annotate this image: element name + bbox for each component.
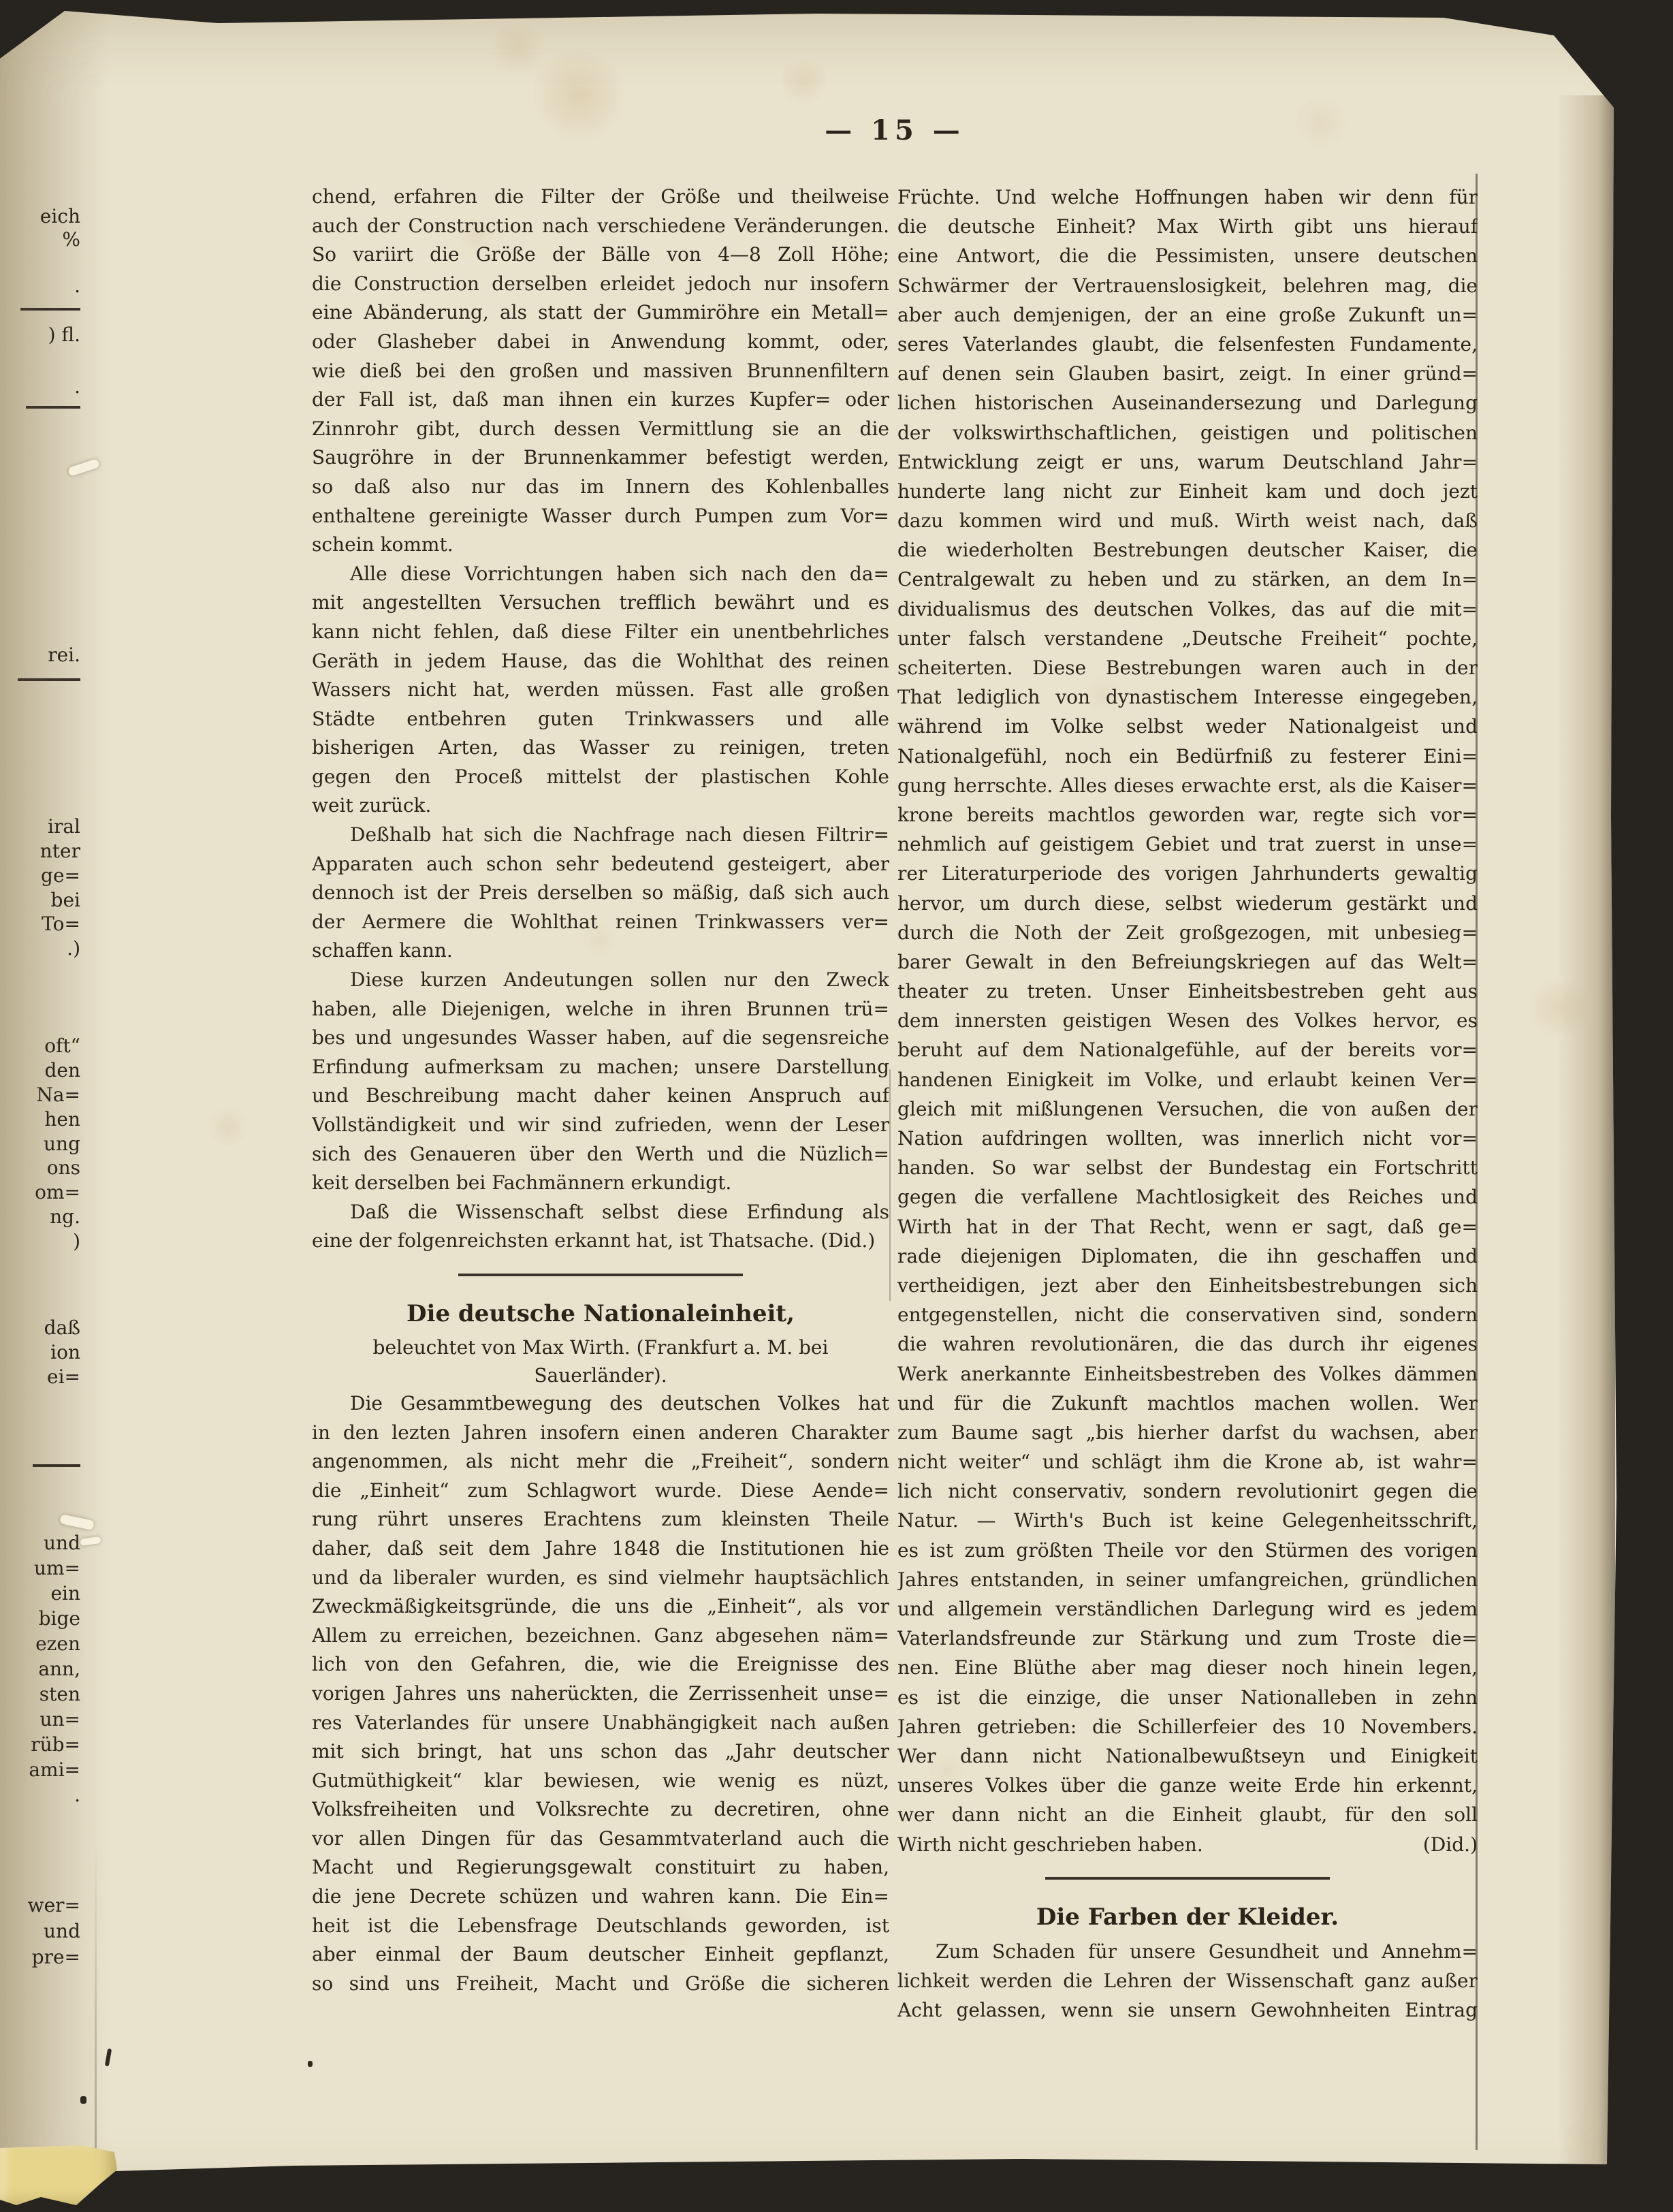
text-line: daher, daß seit dem Jahre 1848 die Insti…: [312, 1534, 889, 1564]
text-line: die wiederholten Bestrebungen deutscher …: [897, 535, 1478, 565]
margin-text-fragment: ons: [0, 1156, 80, 1180]
text-line: Zum Schaden für unsere Gesundheit und An…: [897, 1937, 1478, 1966]
text-line: Zinnrohr gibt, durch dessen Vermittlung …: [312, 415, 889, 444]
text-line: der Fall ist, daß man ihnen ein kurzes K…: [312, 385, 889, 415]
text-line: so daß also nur das im Innern des Kohlen…: [312, 473, 889, 502]
text-line: Diese kurzen Andeutungen sollen nur den …: [312, 966, 889, 995]
text-line: Wer dann nicht Nationalbewußtseyn und Ei…: [897, 1741, 1478, 1771]
text-line: in den lezten Jahren insofern einen ande…: [312, 1419, 889, 1448]
article-subtitle-line: beleuchtet von Max Wirth. (Frankfurt a. …: [312, 1333, 889, 1361]
text-line: gegen den Proceß mittelst der plastische…: [312, 763, 889, 792]
text-line: rade diejenigen Diplomaten, die ihn gesc…: [897, 1242, 1478, 1271]
margin-text-fragment: oft“: [0, 1034, 80, 1058]
text-line: oder Glasheber dabei in Anwendung kommt,…: [312, 328, 889, 357]
text-line: weit zurück.: [312, 791, 889, 821]
text-line: beruht auf dem Nationalgefühle, auf der …: [897, 1035, 1478, 1064]
age-spot: [779, 57, 828, 106]
text-line: Schwärmer der Vertrauenslosigkeit, beleh…: [897, 271, 1478, 300]
text-line: So variirt die Größe der Bälle von 4—8 Z…: [312, 240, 889, 270]
margin-text-fragment: un=: [0, 1707, 80, 1732]
text-line: die „Einheit“ zum Schlagwort wurde. Dies…: [312, 1476, 889, 1506]
margin-text-fragment: om=: [0, 1180, 80, 1205]
right-text-column: Früchte. Und welche Hoffnungen haben wir…: [897, 183, 1478, 2025]
fold-crease: [95, 1839, 97, 2167]
text-line: res Vaterlandes für unsere Unabhängigkei…: [312, 1709, 889, 1738]
separator-row: [897, 1859, 1478, 1897]
text-line: die jene Decrete schüzen und wahren kann…: [312, 1882, 889, 1912]
text-line: so sind uns Freiheit, Macht und Größe di…: [312, 1970, 889, 1999]
page-edge-shadow: [1558, 95, 1615, 2166]
page-paper: — 15 — eich%.) fl..rei.iralnterge=beiTo=…: [0, 0, 1673, 2212]
text-line: Vaterlandsfreunde zur Stärkung und zum T…: [897, 1624, 1478, 1653]
text-line: Saugröhre in der Brunnenkammer befestigt…: [312, 443, 889, 473]
article-title: Die deutsche Nationaleinheit,: [312, 1294, 889, 1333]
text-line: theater zu treten. Unser Einheitsbestreb…: [897, 977, 1478, 1006]
margin-text-fragment: und: [0, 1531, 80, 1555]
text-line: Volksfreiheiten und Volksrechte zu decre…: [312, 1795, 889, 1824]
margin-rule-fragment: [18, 678, 80, 681]
margin-text-fragment: wer=: [0, 1893, 80, 1918]
text-line: nehmlich auf geistigem Gebiet und trat z…: [897, 829, 1478, 859]
text-line: die deutsche Einheit? Max Wirth gibt uns…: [897, 212, 1478, 241]
margin-text-fragment: rüb=: [0, 1733, 80, 1757]
margin-text-fragment: ein: [0, 1581, 80, 1606]
text-line: Zweckmäßigkeitsgründe, die uns die „Einh…: [312, 1592, 889, 1622]
text-line: Deßhalb hat sich die Nachfrage nach dies…: [312, 821, 889, 850]
text-line: bes und ungesundes Wasser haben, auf die…: [312, 1024, 889, 1053]
page-number: — 15 —: [312, 114, 1478, 146]
margin-text-fragment: iral: [0, 815, 80, 839]
text-line: auch der Construction nach verschiedene …: [312, 212, 889, 241]
text-line: keit derselben bei Fachmännern erkundigt…: [312, 1169, 889, 1198]
text-line: Natur. — Wirth's Buch ist keine Gelegenh…: [897, 1506, 1478, 1535]
text-line: Wassers nicht hat, werden müssen. Fast a…: [312, 676, 889, 705]
margin-text-fragment: ) fl.: [0, 323, 80, 347]
text-line: während im Volke selbst weder Nationalge…: [897, 712, 1478, 741]
text-line: schaffen kann.: [312, 936, 889, 966]
binding-remnant: [0, 2141, 121, 2212]
text-line: rer Literaturperiode des vorigen Jahrhun…: [897, 859, 1478, 888]
text-line: handen. So war selbst der Bundestag ein …: [897, 1153, 1478, 1182]
text-line: der Aermere die Wohlthat reinen Trinkwas…: [312, 908, 889, 937]
margin-text-fragment: ion: [0, 1340, 80, 1365]
text-line: lich von den Gefahren, die, wie die Erei…: [312, 1650, 889, 1679]
text-line: enthaltene gereinigte Wasser durch Pumpe…: [312, 502, 889, 531]
text-line: Allem zu erreichen, bezeichnen. Ganz abg…: [312, 1622, 889, 1651]
text-line: Alle diese Vorrichtungen haben sich nach…: [312, 560, 889, 589]
text-line: mit sich bringt, hat uns schon das „Jahr…: [312, 1737, 889, 1767]
text-line: hervor, um durch diese, selbst wiederum …: [897, 889, 1478, 918]
text-line: Jahren getrieben: die Schillerfeier des …: [897, 1712, 1478, 1741]
text-line: und da liberaler wurden, es sind vielmeh…: [312, 1564, 889, 1593]
article-subtitle-line: Sauerländer).: [312, 1361, 889, 1389]
text-segment: (Did.): [1423, 1830, 1478, 1859]
text-line: Gutmüthigkeit“ klar bewiesen, wie wenig …: [312, 1767, 889, 1796]
margin-text-fragment: eich: [0, 204, 80, 229]
text-line: gleich mit mißlungenen Versuchen, die vo…: [897, 1094, 1478, 1124]
margin-text-fragment: To=: [0, 912, 80, 936]
text-line: Früchte. Und welche Hoffnungen haben wir…: [897, 183, 1478, 212]
text-line: handenen Einigkeit im Volke, und erlaubt…: [897, 1065, 1478, 1094]
text-line: dividualismus des deutschen Volkes, das …: [897, 595, 1478, 624]
text-line: Wirth nicht geschrieben haben.(Did.): [897, 1830, 1478, 1859]
text-line: Jahres entstanden, in seiner umfangreich…: [897, 1565, 1478, 1594]
margin-text-fragment: ezen: [0, 1632, 80, 1656]
text-line: Nation aufdringen wollten, was innerlich…: [897, 1124, 1478, 1153]
age-spot: [208, 1107, 249, 1148]
margin-text-fragment: bige: [0, 1607, 80, 1631]
margin-text-fragment: ann,: [0, 1657, 80, 1681]
text-line: haben, alle Diejenigen, welche in ihren …: [312, 995, 889, 1024]
text-line: Erfindung aufmerksam zu machen; unsere D…: [312, 1053, 889, 1082]
text-line: vor allen Dingen für das Gesammtvaterlan…: [312, 1824, 889, 1854]
text-line: bisherigen Arten, das Wasser zu reinigen…: [312, 733, 889, 763]
margin-text-fragment: ): [0, 1229, 80, 1254]
text-line: seres Vaterlandes glaubt, die felsenfest…: [897, 330, 1478, 359]
paper-speck: [308, 2061, 313, 2067]
text-line: und allgemein verständlichen Darlegung w…: [897, 1594, 1478, 1624]
text-line: vorigen Jahres uns naherückten, die Zerr…: [312, 1679, 889, 1709]
text-line: eine Abänderung, als statt der Gummiröhr…: [312, 298, 889, 328]
text-line: und für die Zukunft machtlos machen woll…: [897, 1389, 1478, 1418]
margin-text-fragment: nter: [0, 839, 80, 864]
margin-text-fragment: den: [0, 1058, 80, 1083]
text-line: entgegenstellen, nicht die conservativen…: [897, 1300, 1478, 1329]
text-line: barer Gewalt in den Befreiungskriegen au…: [897, 947, 1478, 977]
left-margin-fragments: eich%.) fl..rei.iralnterge=beiTo=.)oft“d…: [0, 0, 83, 2212]
text-line: gung herrschte. Alles dieses erwachte er…: [897, 771, 1478, 800]
margin-rule-fragment: [26, 406, 80, 409]
margin-text-fragment: .): [0, 936, 80, 961]
text-line: That lediglich von dynastischem Interess…: [897, 682, 1478, 712]
text-line: kann nicht fehlen, daß diese Filter ein …: [312, 618, 889, 647]
margin-text-fragment: ge=: [0, 864, 80, 888]
section-divider: [458, 1274, 743, 1276]
text-line: dem innersten geistigen Wesen des Volkes…: [897, 1006, 1478, 1035]
text-line: angenommen, als nicht mehr die „Freiheit…: [312, 1447, 889, 1476]
text-line: lichkeit werden die Lehren der Wissensch…: [897, 1966, 1478, 1995]
text-line: Centralgewalt zu heben und zu stärken, a…: [897, 565, 1478, 594]
separator-row: [312, 1256, 889, 1294]
text-line: unseres Volkes über die ganze weite Erde…: [897, 1771, 1478, 1800]
text-line: lichen historischen Auseinandersezung un…: [897, 388, 1478, 417]
text-line: nicht weiter“ und schlägt ihm die Krone …: [897, 1447, 1478, 1476]
margin-rule-fragment: [20, 308, 80, 311]
margin-text-fragment: .: [0, 1783, 80, 1807]
text-line: Entwicklung zeigt er uns, warum Deutschl…: [897, 447, 1478, 477]
margin-text-fragment: um=: [0, 1556, 80, 1581]
text-line: unter falsch verstandene „Deutsche Freih…: [897, 624, 1478, 653]
column-rule-fragment: [889, 1069, 891, 1301]
margin-text-fragment: ami=: [0, 1758, 80, 1782]
margin-text-fragment: .: [0, 274, 80, 298]
section-divider: [1045, 1877, 1330, 1880]
text-line: Wirth hat in der That Recht, wenn er sag…: [897, 1212, 1478, 1242]
text-line: durch die Noth der Zeit großgezogen, mit…: [897, 918, 1478, 947]
text-line: Daß die Wissenschaft selbst diese Erfind…: [312, 1198, 889, 1227]
margin-text-fragment: ung: [0, 1132, 80, 1156]
text-line: mit angestellten Versuchen trefflich bew…: [312, 588, 889, 618]
text-line: rung rührt unseres Erachtens zum kleinst…: [312, 1505, 889, 1534]
text-line: krone bereits machtlos geworden war, reg…: [897, 800, 1478, 829]
text-segment: Wirth nicht geschrieben haben.: [897, 1830, 1203, 1859]
text-line: die Construction derselben erleidet jedo…: [312, 270, 889, 299]
article-title: Die Farben der Kleider.: [897, 1897, 1478, 1937]
text-line: wie dieß bei den großen und massiven Bru…: [312, 357, 889, 386]
text-line: der volkswirthschaftlichen, geistigen un…: [897, 418, 1478, 447]
text-line: wer dann nicht an die Einheit glaubt, fü…: [897, 1800, 1478, 1829]
margin-text-fragment: daß: [0, 1316, 80, 1340]
text-line: Städte entbehren guten Trinkwassers und …: [312, 705, 889, 734]
margin-text-fragment: %: [0, 227, 80, 252]
text-line: scheiterten. Diese Bestrebungen waren au…: [897, 653, 1478, 682]
text-line: Werk anerkannte Einheitsbestreben des Vo…: [897, 1359, 1478, 1389]
scanned-book-page-photo: { "colors": { "bg": "#27241f", "paper": …: [0, 0, 1673, 2212]
margin-text-fragment: ei=: [0, 1365, 80, 1389]
left-text-column: chend, erfahren die Filter der Größe und…: [312, 183, 889, 1998]
margin-text-fragment: .: [0, 375, 80, 399]
margin-text-fragment: pre=: [0, 1945, 80, 1970]
text-line: die wahren revolutionären, die das durch…: [897, 1329, 1478, 1359]
text-line: Acht gelassen, wenn sie unsern Gewohnhei…: [897, 1995, 1478, 2025]
text-line: lich nicht conservativ, sondern revoluti…: [897, 1476, 1478, 1506]
text-line: vertheidigen, jezt aber den Einheitsbest…: [897, 1271, 1478, 1300]
text-line: auf denen sein Glauben basirt, zeigt. In…: [897, 359, 1478, 388]
text-line: eine Antwort, die die Pessimisten, unser…: [897, 241, 1478, 270]
text-line: zum Baume sagt „bis hierher darfst du wa…: [897, 1418, 1478, 1447]
text-line: und Beschreibung macht daher keinen Ansp…: [312, 1081, 889, 1111]
text-line: Nationalgefühl, noch ein Bedürfniß zu fe…: [897, 742, 1478, 771]
text-line: aber einmal der Baum deutscher Einheit g…: [312, 1940, 889, 1970]
text-line: nen. Eine Blüthe aber mag dieser noch hi…: [897, 1653, 1478, 1682]
margin-text-fragment: und: [0, 1919, 80, 1944]
text-line: dazu kommen wird und muß. Wirth weist na…: [897, 506, 1478, 535]
margin-rule-fragment: [33, 1464, 80, 1467]
text-line: gegen die verfallene Machtlosigkeit des …: [897, 1182, 1478, 1212]
text-line: heit ist die Lebensfrage Deutschlands ge…: [312, 1912, 889, 1941]
text-line: Apparaten auch schon sehr bedeutend gest…: [312, 850, 889, 879]
text-line: chend, erfahren die Filter der Größe und…: [312, 183, 889, 212]
text-line: Geräth in jedem Hause, das die Wohlthat …: [312, 647, 889, 676]
text-line: Vollständigkeit und wir sind zufrieden, …: [312, 1111, 889, 1140]
text-line: es ist zum größten Theile vor den Stürme…: [897, 1536, 1478, 1565]
text-line: eine der folgenreichsten erkannt hat, is…: [312, 1227, 889, 1256]
text-line: dennoch ist der Preis derselben so mäßig…: [312, 879, 889, 908]
text-line: es ist die einzige, die unser Nationalle…: [897, 1683, 1478, 1712]
text-line: Die Gesammtbewegung des deutschen Volkes…: [312, 1389, 889, 1419]
text-line: aber auch demjenigen, der an eine große …: [897, 300, 1478, 330]
text-line: hunderte lang nicht zur Einheit kam und …: [897, 477, 1478, 506]
age-spot: [490, 20, 545, 75]
margin-text-fragment: hen: [0, 1107, 80, 1132]
text-line: sich des Genaueren über den Werth und di…: [312, 1140, 889, 1169]
margin-text-fragment: bei: [0, 888, 80, 913]
text-line: Macht und Regierungsgewalt constituirt z…: [312, 1853, 889, 1882]
text-line: schein kommt.: [312, 531, 889, 560]
margin-text-fragment: sten: [0, 1682, 80, 1707]
margin-text-fragment: ng.: [0, 1205, 80, 1229]
margin-text-fragment: rei.: [0, 643, 80, 667]
margin-text-fragment: Na=: [0, 1083, 80, 1107]
